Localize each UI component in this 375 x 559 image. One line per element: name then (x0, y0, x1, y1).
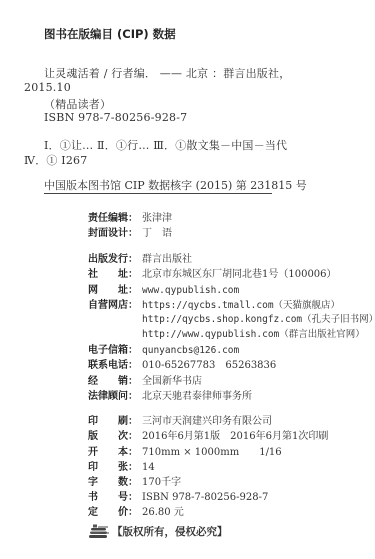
phone-row: 联系电话：010-65267783 65263836 (88, 356, 276, 371)
website-link[interactable]: www.qypublish.com (142, 285, 239, 296)
legal-counsel-row: 法律顾问：北京天驰君泰律师事务所 (88, 387, 252, 402)
format-label: 开 本： (88, 443, 142, 458)
format-value: 710mm × 1000mm 1/16 (142, 447, 282, 458)
address-label: 社 址： (88, 265, 142, 280)
website-label: 网 址： (88, 281, 142, 296)
edition-value: 2016年6月第1版 2016年6月第1次印刷 (142, 431, 328, 442)
price-value: 26.80 元 (142, 507, 184, 518)
printer-label: 印 刷： (88, 412, 142, 427)
distributor-label: 经 销： (88, 372, 142, 387)
official-site-link[interactable]: http://www.qypublish.com（群言出版社官网） (142, 329, 365, 340)
copyright-text: 【版权所有，侵权必究】 (112, 524, 228, 539)
publisher-row: 出版发行：群言出版社 (88, 250, 192, 265)
distributor-value: 全国新华书店 (142, 376, 202, 387)
publisher-value: 群言出版社 (142, 254, 192, 265)
cip-line-series: （精品读者） (44, 96, 111, 112)
cip-line-subjects: Ⅰ．①让… Ⅱ．①行… Ⅲ．①散文集－中国－当代 (44, 137, 287, 153)
cip-title: 图书在版编目 (CIP) 数据 (44, 26, 176, 42)
credit-value: 丁 语 (142, 228, 172, 239)
credit-label: 封面设计： (88, 224, 142, 239)
word-count-value: 170千字 (142, 477, 181, 488)
publisher-label: 出版发行： (88, 250, 142, 265)
tmall-store-link[interactable]: https://qycbs.tmall.com（天猫旗舰店） (142, 300, 340, 311)
cip-line-date: 2015.10 (24, 81, 71, 94)
isbn-row: 书 号：ISBN 978-7-80256-928-7 (88, 488, 268, 503)
cip-line-isbn: ISBN 978-7-80256-928-7 (44, 111, 187, 124)
email-row: 电子信箱：qunyancbs@126.com (88, 341, 239, 356)
edition-row: 版 次：2016年6月第1版 2016年6月第1次印刷 (88, 427, 328, 442)
cip-divider (44, 193, 272, 194)
copyright-notice: 【版权所有，侵权必究】 (88, 523, 228, 539)
phone-label: 联系电话： (88, 356, 142, 371)
printer-value: 三河市天润建兴印务有限公司 (142, 416, 272, 427)
online-store-label: 自营网店： (88, 296, 142, 311)
distributor-row: 经 销：全国新华书店 (88, 372, 202, 387)
edition-label: 版 次： (88, 427, 142, 442)
online-store-row-3: http://www.qypublish.com（群言出版社官网） (88, 326, 365, 340)
legal-counsel-value: 北京天驰君泰律师事务所 (142, 391, 252, 402)
word-count-row: 字 数：170千字 (88, 473, 181, 488)
credit-value: 张津津 (142, 213, 172, 224)
isbn-value: ISBN 978-7-80256-928-7 (142, 492, 268, 503)
sheets-value: 14 (142, 462, 155, 473)
phone-value: 010-65267783 65263836 (142, 360, 276, 371)
credit-cover-design: 封面设计：丁 语 (88, 224, 172, 239)
word-count-label: 字 数： (88, 473, 142, 488)
price-row: 定 价：26.80 元 (88, 503, 184, 518)
credit-editor: 责任编辑：张津津 (88, 209, 172, 224)
printer-row: 印 刷：三河市天润建兴印务有限公司 (88, 412, 272, 427)
email-link[interactable]: qunyancbs@126.com (142, 345, 239, 356)
cip-record-number: 中国版本图书馆 CIP 数据核字 (2015) 第 231815 号 (44, 177, 307, 193)
format-row: 开 本：710mm × 1000mm 1/16 (88, 443, 282, 458)
website-row: 网 址：www.qypublish.com (88, 281, 239, 296)
credit-label: 责任编辑： (88, 209, 142, 224)
price-label: 定 价： (88, 503, 142, 518)
sheets-row: 印 张：14 (88, 458, 155, 473)
address-value: 北京市东城区东厂胡同北巷1号（100006） (142, 269, 337, 280)
sheets-label: 印 张： (88, 458, 142, 473)
online-store-row-2: http://qycbs.shop.kongfz.com（孔夫子旧书网） (88, 311, 375, 325)
kongfz-store-link[interactable]: http://qycbs.shop.kongfz.com（孔夫子旧书网） (142, 314, 375, 325)
legal-counsel-label: 法律顾问： (88, 387, 142, 402)
cip-line-title-author: 让灵魂活着 / 行者编． —— 北京 ：群言出版社， (44, 65, 290, 81)
cip-line-classification: Ⅳ．① I267 (24, 152, 87, 168)
email-label: 电子信箱： (88, 341, 142, 356)
stacked-books-icon (88, 523, 110, 539)
isbn-label: 书 号： (88, 488, 142, 503)
online-store-row: 自营网店：https://qycbs.tmall.com（天猫旗舰店） (88, 296, 340, 311)
address-row: 社 址：北京市东城区东厂胡同北巷1号（100006） (88, 265, 337, 280)
